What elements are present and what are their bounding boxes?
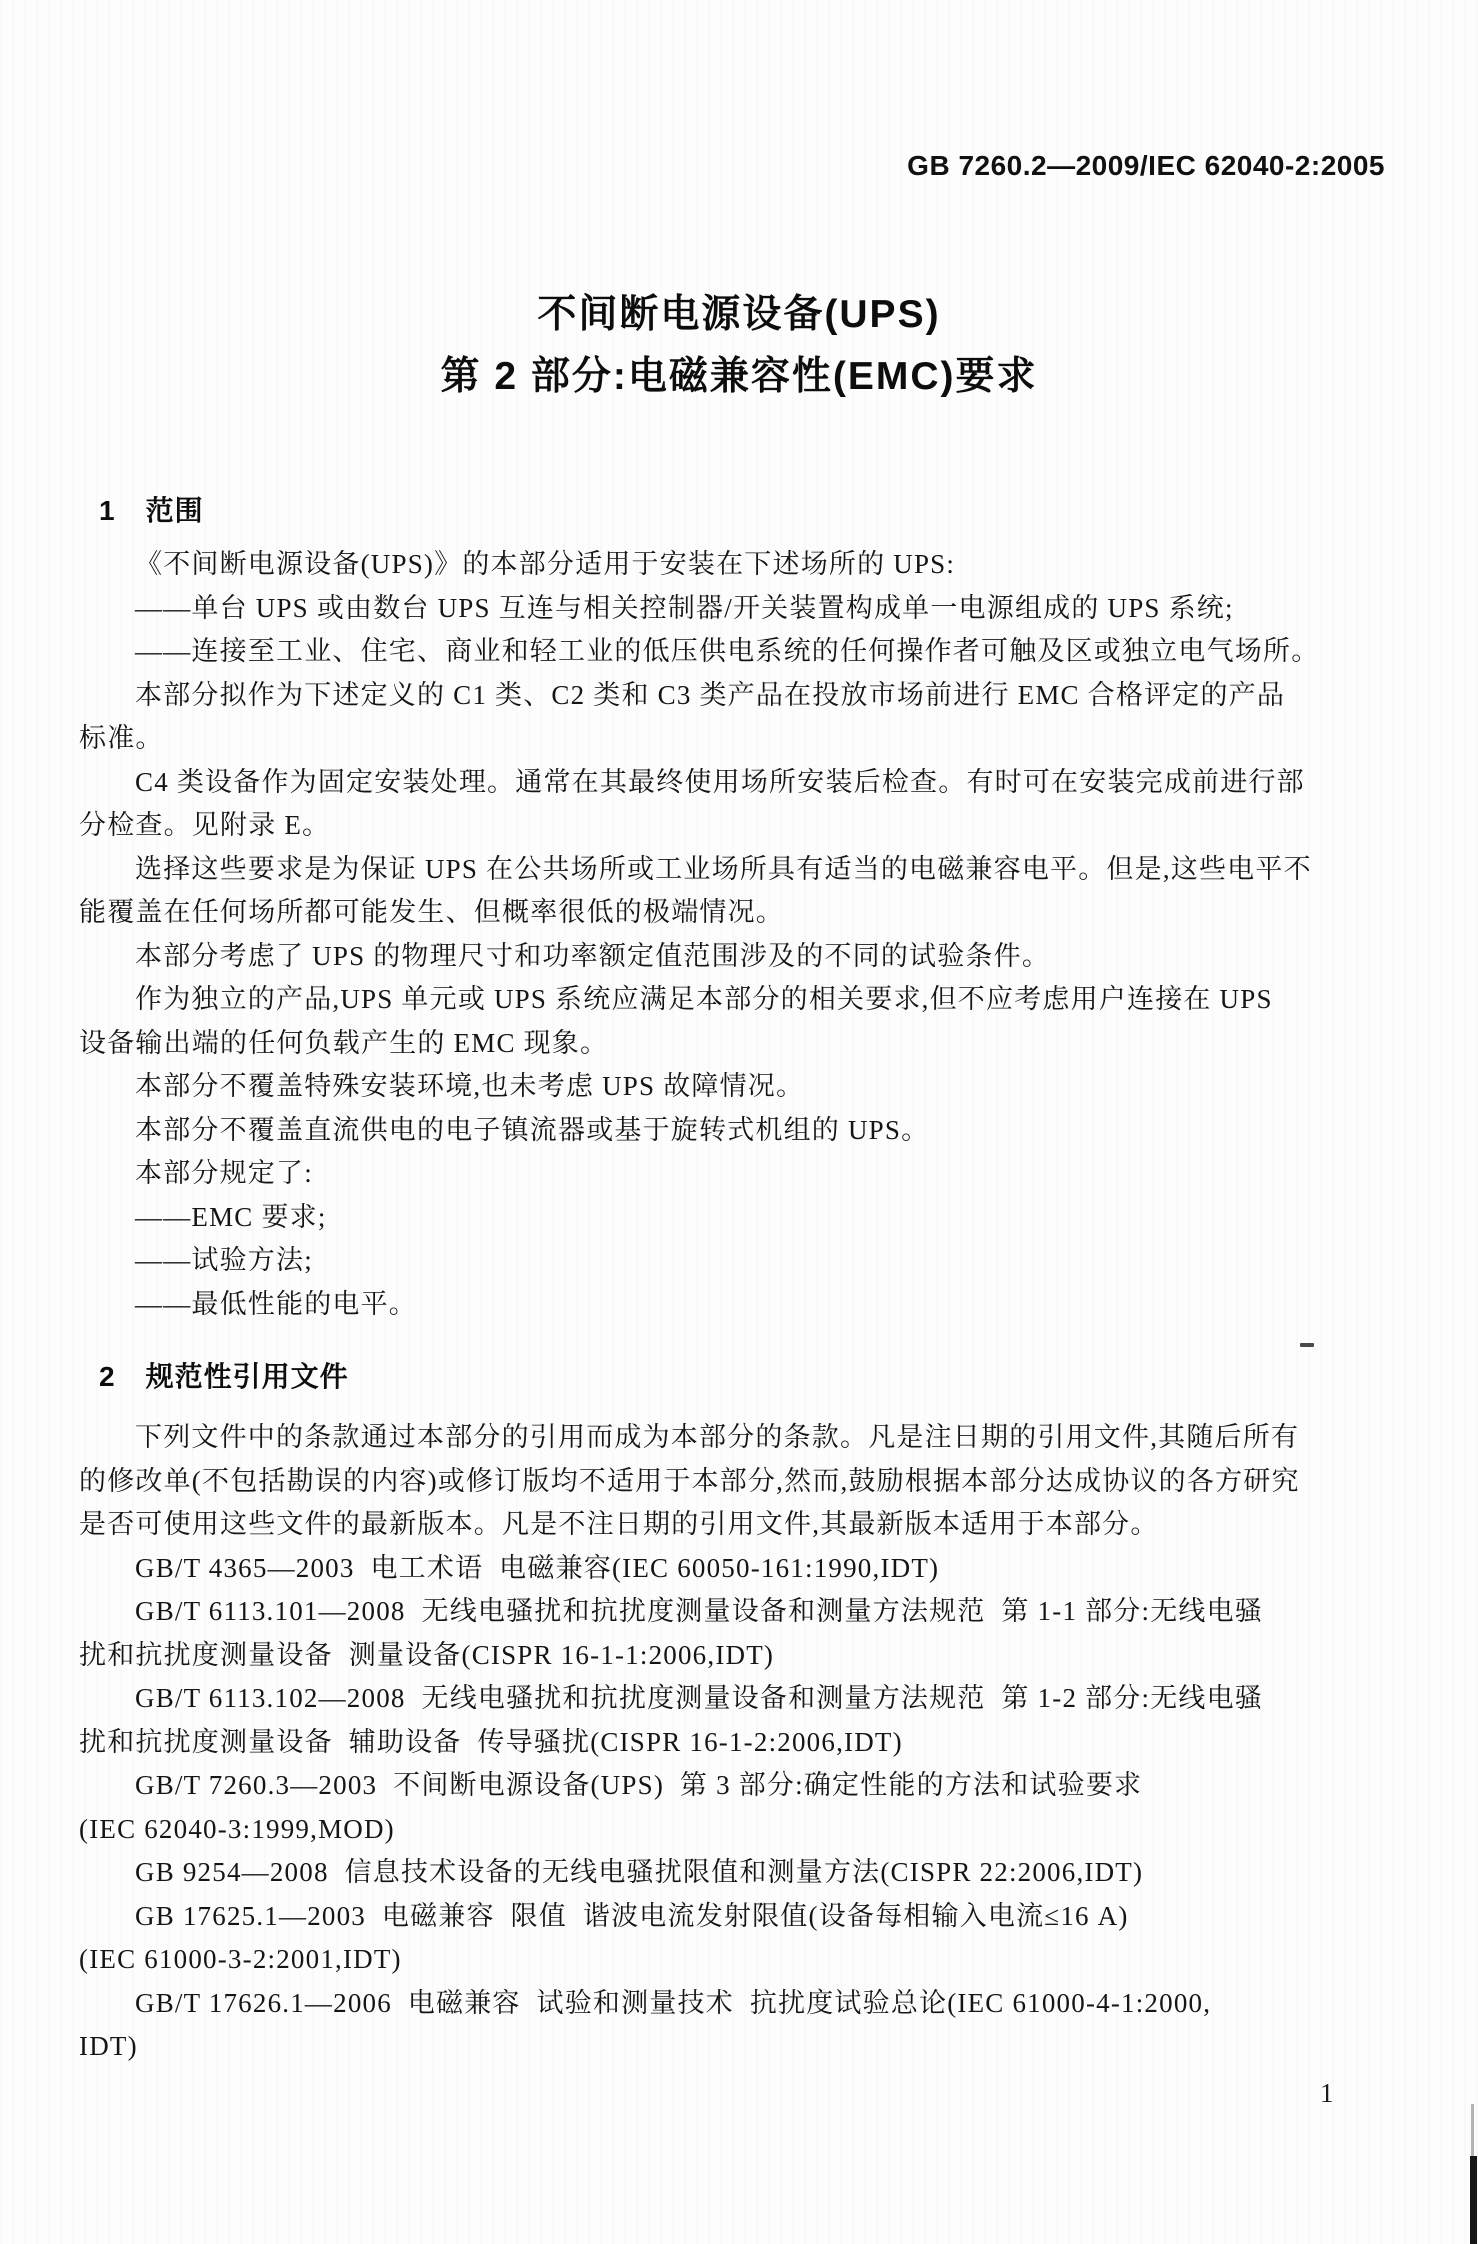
text-line: 能覆盖在任何场所都可能发生、但概率很低的极端情况。 <box>79 891 1405 935</box>
standard-number-header: GB 7260.2—2009/IEC 62040-2:2005 <box>907 150 1385 182</box>
section-1-heading: 1范围 <box>99 489 204 529</box>
text-line: GB 17625.1—2003 电磁兼容 限值 谐波电流发射限值(设备每相输入电… <box>79 1895 1405 1939</box>
section-1-number: 1 <box>99 495 116 527</box>
text-line: 本部分不覆盖特殊安装环境,也未考虑 UPS 故障情况。 <box>79 1065 1405 1109</box>
page-number: 1 <box>1320 2078 1334 2109</box>
text-line: 本部分规定了: <box>79 1152 1405 1196</box>
text-line: C4 类设备作为固定安装处理。通常在其最终使用场所安装后检查。有时可在安装完成前… <box>79 761 1405 805</box>
title-line-1: 不间断电源设备(UPS) <box>0 284 1478 346</box>
scan-edge-light <box>1471 2104 1474 2158</box>
section-1-body: 《不间断电源设备(UPS)》的本部分适用于安装在下述场所的 UPS:——单台 U… <box>79 543 1405 1326</box>
text-line: 分检查。见附录 E。 <box>79 804 1405 848</box>
text-line: GB/T 17626.1—2006 电磁兼容 试验和测量技术 抗扰度试验总论(I… <box>79 1982 1405 2026</box>
text-line: ——连接至工业、住宅、商业和轻工业的低压供电系统的任何操作者可触及区或独立电气场… <box>79 630 1405 674</box>
section-2-body: 下列文件中的条款通过本部分的引用而成为本部分的条款。凡是注日期的引用文件,其随后… <box>79 1416 1405 2069</box>
text-line: (IEC 62040-3:1999,MOD) <box>79 1808 1405 1852</box>
text-line: 扰和抗扰度测量设备 测量设备(CISPR 16-1-1:2006,IDT) <box>79 1634 1405 1678</box>
text-line: 《不间断电源设备(UPS)》的本部分适用于安装在下述场所的 UPS: <box>79 543 1405 587</box>
section-2-heading: 2规范性引用文件 <box>99 1355 349 1395</box>
text-line: GB/T 4365—2003 电工术语 电磁兼容(IEC 60050-161:1… <box>79 1547 1405 1591</box>
text-line: IDT) <box>79 2025 1405 2069</box>
scanned-standard-page: GB 7260.2—2009/IEC 62040-2:2005 不间断电源设备(… <box>0 0 1478 2244</box>
text-line: (IEC 61000-3-2:2001,IDT) <box>79 1938 1405 1982</box>
text-line: GB/T 7260.3—2003 不间断电源设备(UPS) 第 3 部分:确定性… <box>79 1764 1405 1808</box>
text-line: ——单台 UPS 或由数台 UPS 互连与相关控制器/开关装置构成单一电源组成的… <box>79 587 1405 631</box>
text-line: 本部分拟作为下述定义的 C1 类、C2 类和 C3 类产品在投放市场前进行 EM… <box>79 674 1405 718</box>
title-line-2: 第 2 部分:电磁兼容性(EMC)要求 <box>0 346 1478 408</box>
text-line: GB 9254—2008 信息技术设备的无线电骚扰限值和测量方法(CISPR 2… <box>79 1851 1405 1895</box>
section-1-title: 范围 <box>146 495 204 526</box>
text-line: 作为独立的产品,UPS 单元或 UPS 系统应满足本部分的相关要求,但不应考虑用… <box>79 978 1405 1022</box>
text-line: 本部分不覆盖直流供电的电子镇流器或基于旋转式机组的 UPS。 <box>79 1109 1405 1153</box>
section-2-title: 规范性引用文件 <box>146 1361 349 1392</box>
text-line: GB/T 6113.102—2008 无线电骚扰和抗扰度测量设备和测量方法规范 … <box>79 1677 1405 1721</box>
section-2-number: 2 <box>99 1361 116 1393</box>
text-line: ——EMC 要求; <box>79 1196 1405 1240</box>
text-line: 的修改单(不包括勘误的内容)或修订版均不适用于本部分,然而,鼓励根据本部分达成协… <box>79 1460 1405 1504</box>
text-line: GB/T 6113.101—2008 无线电骚扰和抗扰度测量设备和测量方法规范 … <box>79 1590 1405 1634</box>
text-line: ——最低性能的电平。 <box>79 1283 1405 1327</box>
document-title: 不间断电源设备(UPS) 第 2 部分:电磁兼容性(EMC)要求 <box>0 284 1478 408</box>
text-line: 是否可使用这些文件的最新版本。凡是不注日期的引用文件,其最新版本适用于本部分。 <box>79 1503 1405 1547</box>
text-line: ——试验方法; <box>79 1239 1405 1283</box>
text-line: 扰和抗扰度测量设备 辅助设备 传导骚扰(CISPR 16-1-2:2006,ID… <box>79 1721 1405 1765</box>
text-line: 本部分考虑了 UPS 的物理尺寸和功率额定值范围涉及的不同的试验条件。 <box>79 935 1405 979</box>
text-line: 标准。 <box>79 717 1405 761</box>
text-line: 设备输出端的任何负载产生的 EMC 现象。 <box>79 1022 1405 1066</box>
text-line: 下列文件中的条款通过本部分的引用而成为本部分的条款。凡是注日期的引用文件,其随后… <box>79 1416 1405 1460</box>
scan-edge-dark <box>1470 2156 1477 2244</box>
text-line: 选择这些要求是为保证 UPS 在公共场所或工业场所具有适当的电磁兼容电平。但是,… <box>79 848 1405 892</box>
scan-artifact-dash <box>1300 1343 1314 1347</box>
